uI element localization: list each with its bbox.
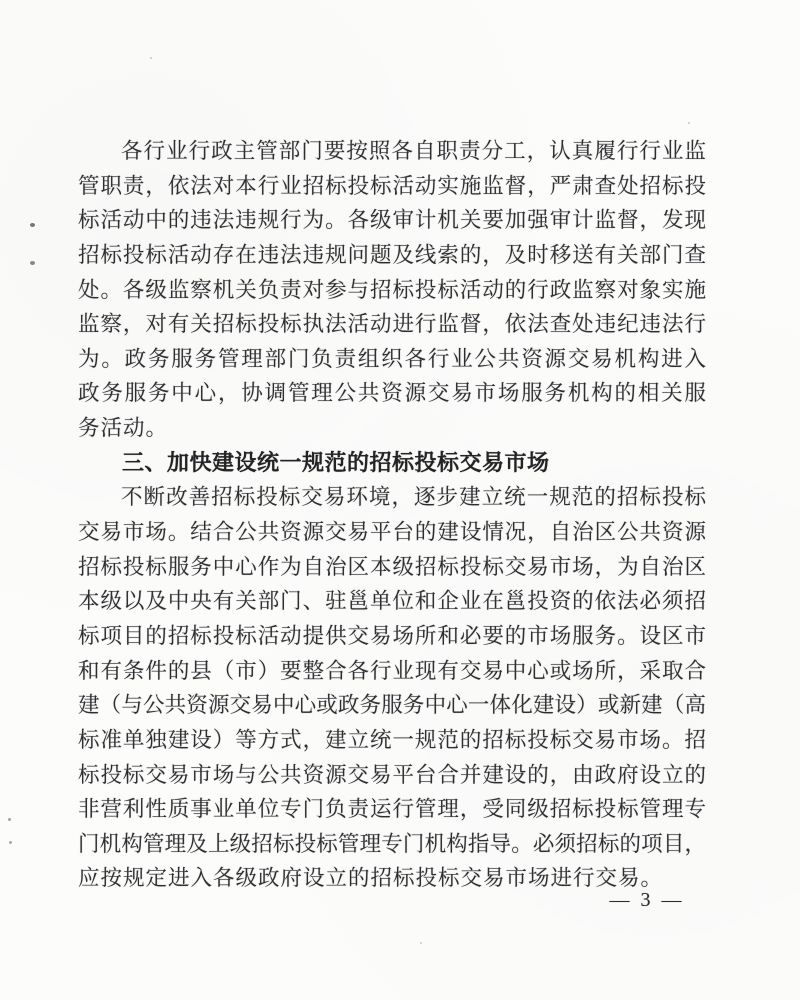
scan-speck xyxy=(688,122,690,124)
document-body: 各行业行政主管部门要按照各自职责分工，认真履行行业监 管职责，依法对本行业招标投… xyxy=(78,134,706,896)
scan-speck xyxy=(30,261,35,265)
text-line: 招标投标活动存在违法违规问题及线索的，及时移送有关部门查 xyxy=(78,238,706,273)
page-number: — 3 — xyxy=(592,889,702,912)
text-line: 务活动。 xyxy=(78,411,706,446)
text-line: 为。政务服务管理部门负责组织各行业公共资源交易机构进入 xyxy=(78,342,706,377)
scan-speck xyxy=(420,942,422,944)
text-line: 交易市场。结合公共资源交易平台的建设情况，自治区公共资源 xyxy=(78,515,706,550)
section-heading: 三、加快建设统一规范的招标投标交易市场 xyxy=(78,446,706,481)
text-line: 建（与公共资源交易中心或政务服务中心一体化建设）或新建（高 xyxy=(78,688,706,723)
text-line: 政务服务中心，协调管理公共资源交易市场服务机构的相关服 xyxy=(78,376,706,411)
text-line: 不断改善招标投标交易环境，逐步建立统一规范的招标投标 xyxy=(78,480,706,515)
text-line: 处。各级监察机关负责对参与招标投标活动的行政监察对象实施 xyxy=(78,273,706,308)
text-line: 非营利性质事业单位专门负责运行管理，受同级招标投标管理专 xyxy=(78,792,706,827)
scan-speck xyxy=(30,223,35,227)
scan-speck xyxy=(150,57,152,59)
text-line: 招标投标服务中心作为自治区本级招标投标交易市场，为自治区 xyxy=(78,550,706,585)
text-line: 和有条件的县（市）要整合各行业现有交易中心或场所，采取合 xyxy=(78,654,706,689)
scan-speck xyxy=(9,841,12,844)
text-line: 标活动中的违法违规行为。各级审计机关要加强审计监督，发现 xyxy=(78,203,706,238)
text-line: 本级以及中央有关部门、驻邕单位和企业在邕投资的依法必须招 xyxy=(78,584,706,619)
scanned-document-page: 各行业行政主管部门要按照各自职责分工，认真履行行业监 管职责，依法对本行业招标投… xyxy=(0,0,800,1000)
scan-speck xyxy=(8,818,11,821)
text-line: 管职责，依法对本行业招标投标活动实施监督，严肃查处招标投 xyxy=(78,169,706,204)
text-line: 门机构管理及上级招标投标管理专门机构指导。必须招标的项目， xyxy=(78,827,706,862)
text-line: 各行业行政主管部门要按照各自职责分工，认真履行行业监 xyxy=(78,134,706,169)
text-line: 监察，对有关招标投标执法活动进行监督，依法查处违纪违法行 xyxy=(78,307,706,342)
text-line: 标投标交易市场与公共资源交易平台合并建设的，由政府设立的 xyxy=(78,758,706,793)
text-line: 标项目的招标投标活动提供交易场所和必要的市场服务。设区市 xyxy=(78,619,706,654)
text-line: 标准单独建设）等方式，建立统一规范的招标投标交易市场。招 xyxy=(78,723,706,758)
